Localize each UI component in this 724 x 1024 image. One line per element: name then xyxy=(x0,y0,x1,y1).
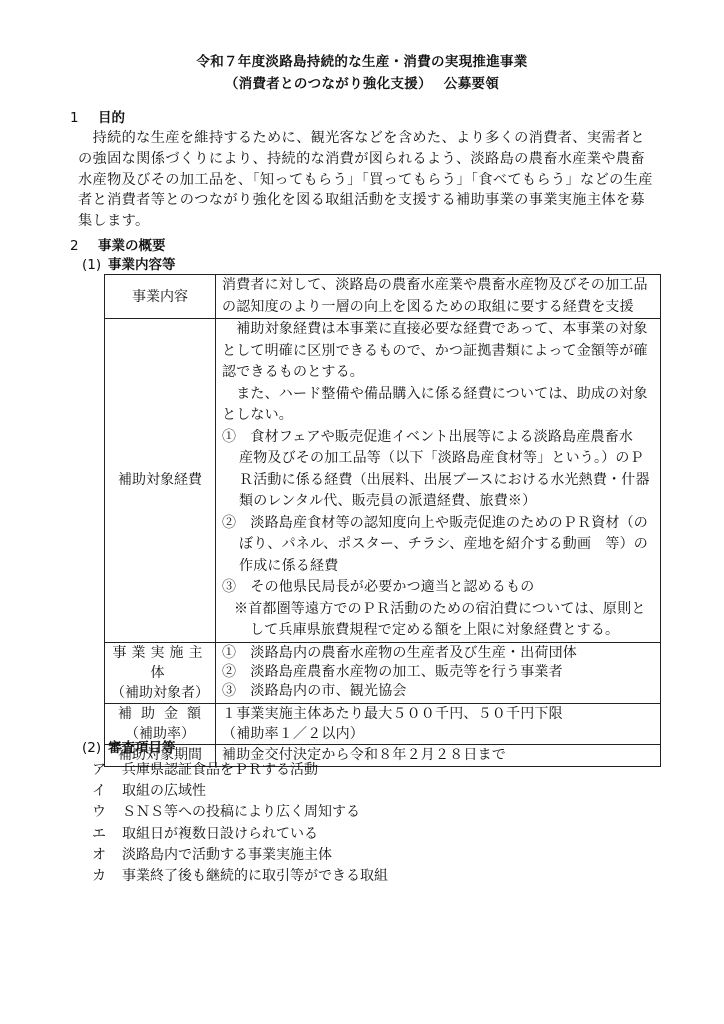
section2-heading: 2事業の概要 xyxy=(70,236,166,256)
list-text: 兵庫県認証食品をＰＲする活動 xyxy=(122,762,318,778)
document-title-line1: 令和７年度淡路島持続的な生産・消費の実現推進事業 xyxy=(0,52,724,72)
table-label-cell: 事業内容 xyxy=(105,275,216,319)
value-line: ① 食材フェアや販売促進イベント出展等による淡路島産農畜水 xyxy=(222,427,658,449)
value-line: ※首都圏等遠方でのＰＲ活動のための宿泊費については、原則と xyxy=(222,599,658,621)
project-details-table: 事業内容 消費者に対して、淡路島の農畜水産業や農畜水産物及びその加工品 の認知度… xyxy=(104,274,661,767)
value-line: ① 淡路島内の農畜水産物の生産者及び生産・出荷団体 xyxy=(222,644,658,663)
document-page: 令和７年度淡路島持続的な生産・消費の実現推進事業 （消費者とのつながり強化支援）… xyxy=(0,0,724,1024)
section1-title: 目的 xyxy=(98,110,125,126)
subsection2-heading: (2)審査項目等 xyxy=(82,738,176,758)
section2-title: 事業の概要 xyxy=(98,238,166,254)
label-eligible-costs: 補助対象経費 xyxy=(118,472,202,488)
list-text: 淡路島内で活動する事業実施主体 xyxy=(122,847,332,863)
list-marker: オ xyxy=(92,845,122,866)
subsection1-heading: (1)事業内容等 xyxy=(82,255,176,275)
list-marker: イ xyxy=(92,781,122,802)
subsection1-number: (1) xyxy=(82,255,108,275)
table-value-cell: ① 淡路島内の農畜水産物の生産者及び生産・出荷団体 ② 淡路島産農畜水産物の加工… xyxy=(216,642,661,703)
list-text: ＳＮＳ等への投稿により広く周知する xyxy=(122,804,360,820)
value-line: の認知度のより一層の向上を図るための取組に要する経費を支援 xyxy=(222,297,658,319)
value-line: としない。 xyxy=(222,405,658,427)
subsection1-title: 事業内容等 xyxy=(108,257,176,273)
list-text: 取組の広域性 xyxy=(122,783,206,799)
table-row-subsidy-amount: 補助金額 （補助率） １事業実施主体あたり最大５００千円、５０千円下限 （補助率… xyxy=(105,703,661,744)
value-line: また、ハード整備や備品購入に係る経費については、助成の対象 xyxy=(222,384,658,406)
value-line: 類のレンタル代、販売員の派遣経費、旅費※） xyxy=(222,491,658,513)
value-line: 消費者に対して、淡路島の農畜水産業や農畜水産物及びその加工品 xyxy=(222,275,658,297)
value-line: Ｒ活動に係る経費（出展料、出展ブースにおける水光熱費・什器 xyxy=(222,470,658,492)
section1-line: の強固な関係づくりにより、持続的な消費が図られるよう、淡路島の農畜水産業や農畜 xyxy=(78,149,668,170)
value-line: １事業実施主体あたり最大５００千円、５０千円下限 xyxy=(222,704,658,724)
value-line: 作成に係る経費 xyxy=(222,556,658,578)
value-line: として明確に区別できるもので、かつ証拠書類によって金額等が確 xyxy=(222,341,658,363)
value-line: 産物及びその加工品等（以下「淡路島産食材等」という。）のＰ xyxy=(222,448,658,470)
document-title-line2: （消費者とのつながり強化支援） 公募要領 xyxy=(0,74,724,94)
value-line: ぼり、パネル、ポスター、チラシ、産地を紹介する動画 等）の xyxy=(222,534,658,556)
subsection2-title: 審査項目等 xyxy=(108,740,176,756)
list-item: ウＳＮＳ等への投稿により広く周知する xyxy=(92,802,388,823)
table-value-cell: 補助対象経費は本事業に直接必要な経費であって、本事業の対象 として明確に区別でき… xyxy=(216,319,661,643)
table-label-cell: 補助対象経費 xyxy=(105,319,216,643)
table-value-cell: 消費者に対して、淡路島の農畜水産業や農畜水産物及びその加工品 の認知度のより一層… xyxy=(216,275,661,319)
list-item: イ取組の広域性 xyxy=(92,781,388,802)
section1-line: 水産物及びその加工品を、「知ってもらう」「買ってもらう」「食べてもらう」などの生… xyxy=(78,170,668,191)
section2-number: 2 xyxy=(70,236,98,256)
value-line: ③ その他県民局長が必要かつ適当と認めるもの xyxy=(222,577,658,599)
list-marker: ウ xyxy=(92,802,122,823)
list-marker: ア xyxy=(92,760,122,781)
table-row-implementing-entity: 事業実施主体 （補助対象者） ① 淡路島内の農畜水産物の生産者及び生産・出荷団体… xyxy=(105,642,661,703)
value-line: 認できるものとする。 xyxy=(222,362,658,384)
subsection2-number: (2) xyxy=(82,738,108,758)
list-item: ア兵庫県認証食品をＰＲする活動 xyxy=(92,760,388,781)
value-line: して兵庫県旅費規程で定める額を上限に対象経費とする。 xyxy=(222,620,658,642)
section1-line: 持続的な生産を維持するために、観光客などを含めた、より多くの消費者、実需者と xyxy=(78,128,668,149)
value-line: ② 淡路島産農畜水産物の加工、販売等を行う事業者 xyxy=(222,663,658,682)
section1-line: 者と消費者等とのつながり強化を図る取組活動を支援する補助事業の事業実施主体を募 xyxy=(78,190,668,211)
label-implementing-entity: 事業実施主体 xyxy=(105,643,215,683)
table-row-content: 事業内容 消費者に対して、淡路島の農畜水産業や農畜水産物及びその加工品 の認知度… xyxy=(105,275,661,319)
table-value-cell: １事業実施主体あたり最大５００千円、５０千円下限 （補助率１／２以内） xyxy=(216,703,661,744)
list-item: エ取組日が複数日設けられている xyxy=(92,824,388,845)
value-line: ② 淡路島産食材等の認知度向上や販売促進のためのＰＲ資材（の xyxy=(222,513,658,535)
section1-number: 1 xyxy=(70,108,98,128)
list-text: 事業終了後も継続的に取引等ができる取組 xyxy=(122,868,388,884)
label-subsidy-amount: 補助金額 xyxy=(105,704,215,724)
value-line: （補助率１／２以内） xyxy=(222,724,658,744)
value-line: ③ 淡路島内の市、観光協会 xyxy=(222,682,658,701)
table-label-cell: 事業実施主体 （補助対象者） xyxy=(105,642,216,703)
review-criteria-list: ア兵庫県認証食品をＰＲする活動 イ取組の広域性 ウＳＮＳ等への投稿により広く周知… xyxy=(92,760,388,887)
list-text: 取組日が複数日設けられている xyxy=(122,826,318,842)
section1-line: 集します。 xyxy=(78,211,668,232)
value-line: 補助対象経費は本事業に直接必要な経費であって、本事業の対象 xyxy=(222,319,658,341)
section1-body: 持続的な生産を維持するために、観光客などを含めた、より多くの消費者、実需者と の… xyxy=(78,128,668,232)
label-business-content: 事業内容 xyxy=(132,289,188,305)
table-row-eligible-costs: 補助対象経費 補助対象経費は本事業に直接必要な経費であって、本事業の対象 として… xyxy=(105,319,661,643)
label-subsidy-target: （補助対象者） xyxy=(105,683,215,703)
list-item: カ事業終了後も継続的に取引等ができる取組 xyxy=(92,866,388,887)
section1-heading: 1目的 xyxy=(70,108,125,128)
list-item: オ淡路島内で活動する事業実施主体 xyxy=(92,845,388,866)
list-marker: エ xyxy=(92,824,122,845)
list-marker: カ xyxy=(92,866,122,887)
